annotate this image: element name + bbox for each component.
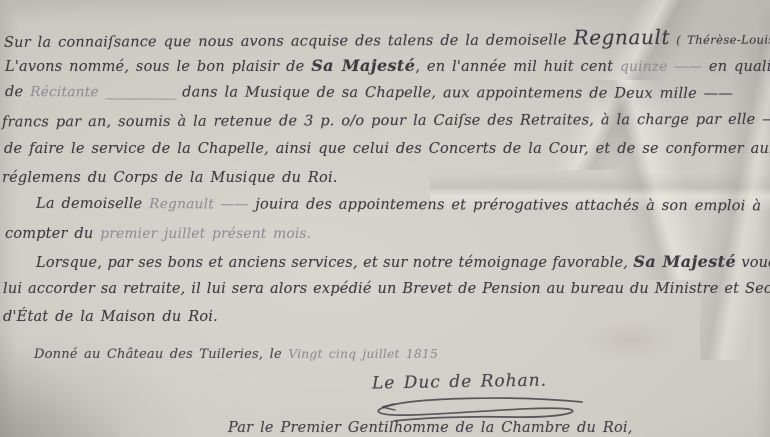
- document-line: compter du premier juillet présent mois.: [5, 226, 311, 242]
- document-line: L'avons nommé, sous le bon plaisir de Sa…: [5, 56, 770, 75]
- recipient-name: Regnault: [573, 25, 670, 49]
- document-line: de faire le service de la Chapelle, ains…: [4, 141, 770, 157]
- majesty-emphasis: Sa Majesté: [311, 56, 415, 75]
- line-text: dans la Musique de sa Chapelle, aux appo…: [175, 84, 733, 101]
- line-text: lui accorder sa retraite, il lui sera al…: [3, 281, 770, 297]
- paper-stain: [560, 300, 700, 380]
- line-text: francs par an, soumis à la retenue de 3 …: [2, 112, 770, 131]
- document-line: d'État de la Maison du Roi.: [3, 309, 218, 325]
- filled-in-year: quinze ——: [620, 59, 702, 75]
- document-line: La demoiselle Regnault —— jouira des app…: [36, 196, 761, 215]
- line-text: Le Duc de Rohan.: [372, 370, 547, 393]
- signature-name: Le Duc de Rohan.: [372, 370, 547, 393]
- line-text: La demoiselle: [36, 196, 149, 212]
- document-line: lui accorder sa retraite, il lui sera al…: [3, 281, 770, 297]
- line-text: Donné au Château des Tuileries, le: [34, 347, 288, 362]
- document-line: Sur la connaiſsance que nous avons acqui…: [4, 24, 770, 52]
- manuscript-page: Sur la connaiſsance que nous avons acqui…: [0, 0, 770, 437]
- document-line: réglemens du Corps de la Musique du Roi.: [2, 170, 338, 186]
- line-text: Sur la connaiſsance que nous avons acqui…: [4, 32, 574, 50]
- paper-crease: [520, 80, 770, 280]
- line-text: d'État de la Maison du Roi.: [3, 309, 218, 325]
- line-text: de faire le service de la Chapelle, ains…: [4, 141, 770, 157]
- filled-in-name: Regnault ——: [149, 196, 248, 212]
- dateline: Donné au Château des Tuileries, le Vingt…: [34, 347, 438, 362]
- line-text: , en l'année mil huit cent: [415, 59, 620, 75]
- majesty-emphasis: Sa Majesté: [633, 252, 736, 271]
- line-text: de: [5, 84, 30, 100]
- recipient-given-names: ( Thérèse-Louise-Antoinette ): [670, 32, 770, 47]
- line-text: réglemens du Corps de la Musique du Roi.: [2, 170, 338, 186]
- filled-in-date-clause: premier juillet présent mois.: [100, 226, 311, 242]
- filled-in-day: Vingt cinq juillet 1815: [288, 347, 438, 361]
- line-text: Lorsque, par ses bons et anciens service…: [36, 255, 633, 271]
- line-text: en qualité: [702, 59, 770, 75]
- subscription-line: Par le Premier Gentilhomme de la Chambre…: [228, 420, 633, 436]
- blank-rule: ______________: [105, 85, 175, 99]
- line-text: jouira des appointemens et prérogatives …: [248, 196, 761, 214]
- document-line: Lorsque, par ses bons et anciens service…: [36, 252, 770, 271]
- filled-in-role: Récitante: [30, 84, 105, 100]
- line-text: voudra bien: [736, 255, 770, 271]
- document-line: francs par an, soumis à la retenue de 3 …: [2, 112, 770, 131]
- line-text: Par le Premier Gentilhomme de la Chambre…: [228, 420, 633, 436]
- line-text: compter du: [5, 226, 100, 242]
- document-line: de Récitante ______________ dans la Musi…: [5, 84, 733, 102]
- line-text: L'avons nommé, sous le bon plaisir de: [5, 59, 311, 75]
